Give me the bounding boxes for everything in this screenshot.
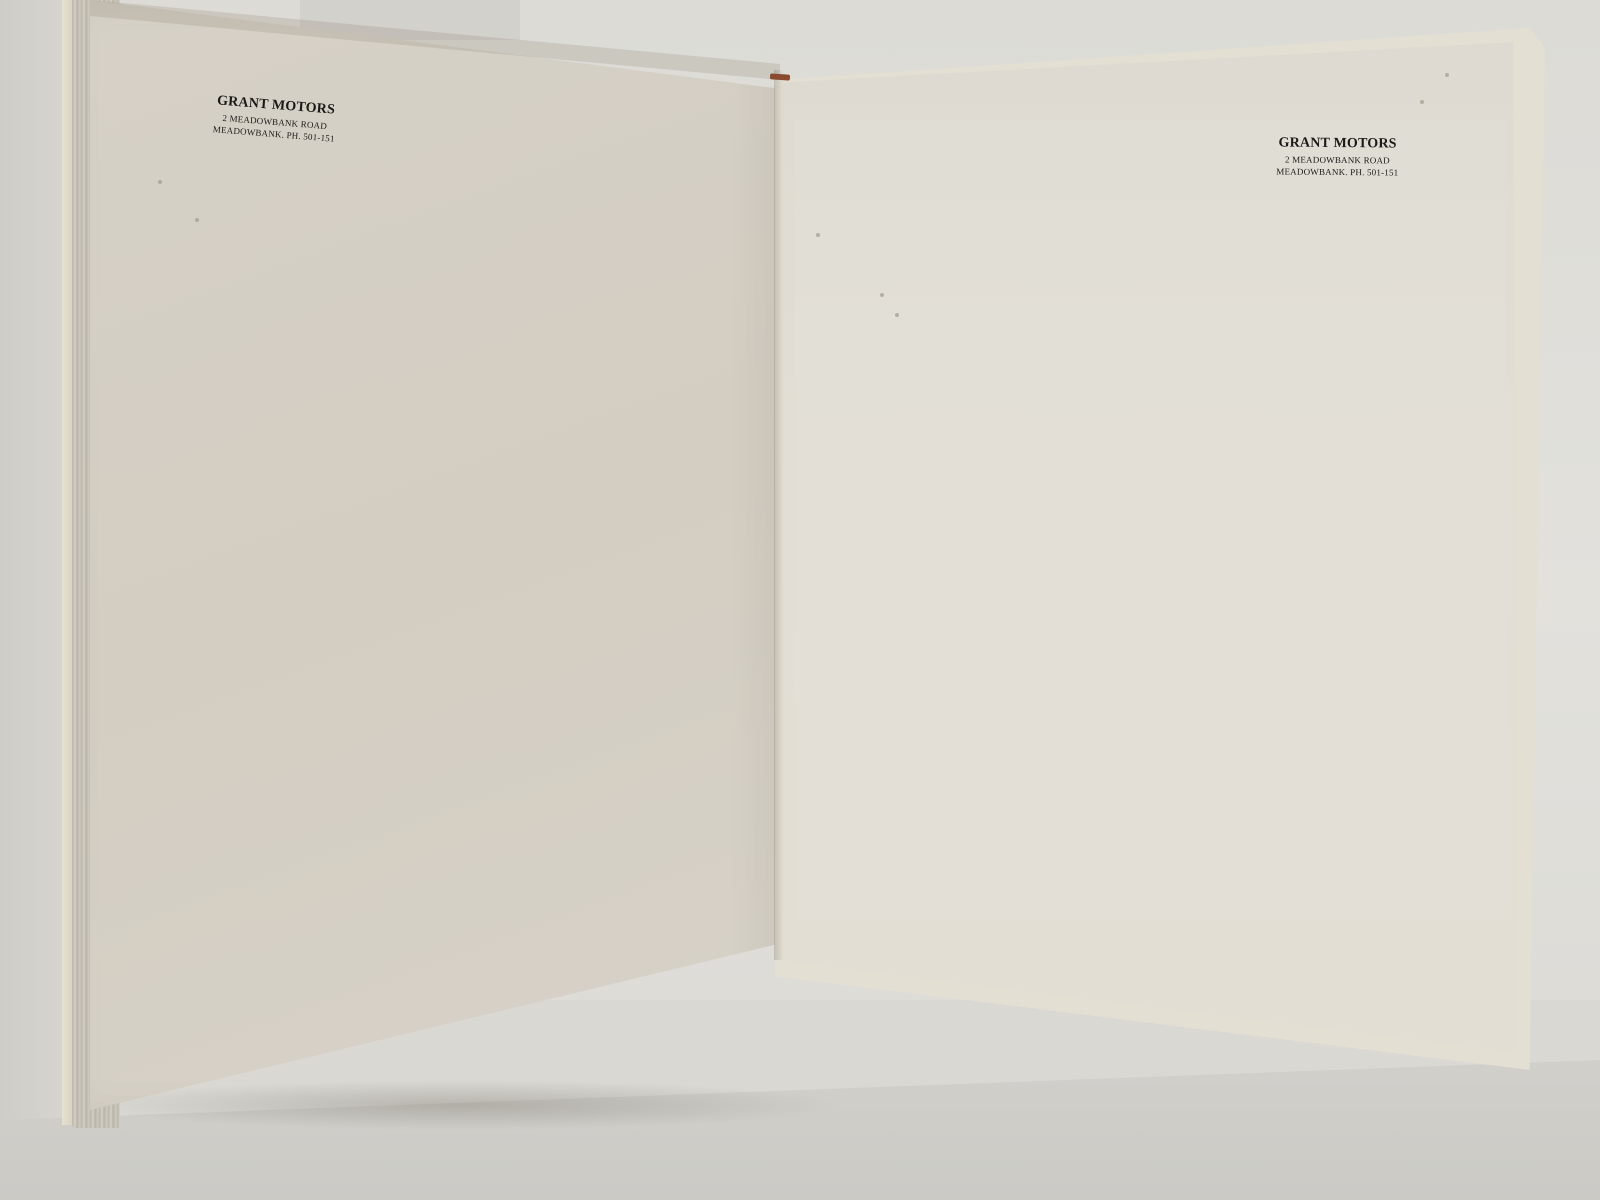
foxing-spot	[158, 180, 162, 184]
foxing-spot	[1420, 100, 1424, 104]
cover-edge	[62, 0, 72, 1125]
book-gutter	[774, 70, 784, 960]
foxing-spot	[195, 218, 199, 222]
dealer-stamp-right: GRANT MOTORS 2 MEADOWBANK ROAD MEADOWBAN…	[1265, 134, 1410, 178]
left-endpaper	[90, 0, 780, 1110]
foxing-spot	[895, 313, 899, 317]
right-page-paste-down	[795, 120, 1505, 920]
stamp-city-phone: MEADOWBANK. PH. 501-151	[1265, 165, 1410, 178]
foxing-spot	[880, 293, 884, 297]
foxing-spot	[1445, 73, 1449, 77]
stamp-name: GRANT MOTORS	[1265, 134, 1410, 154]
foxing-spot	[816, 233, 820, 237]
book-shadow	[80, 1080, 840, 1130]
photo-scene: GRANT MOTORS 2 MEADOWBANK ROAD MEADOWBAN…	[0, 0, 1600, 1200]
